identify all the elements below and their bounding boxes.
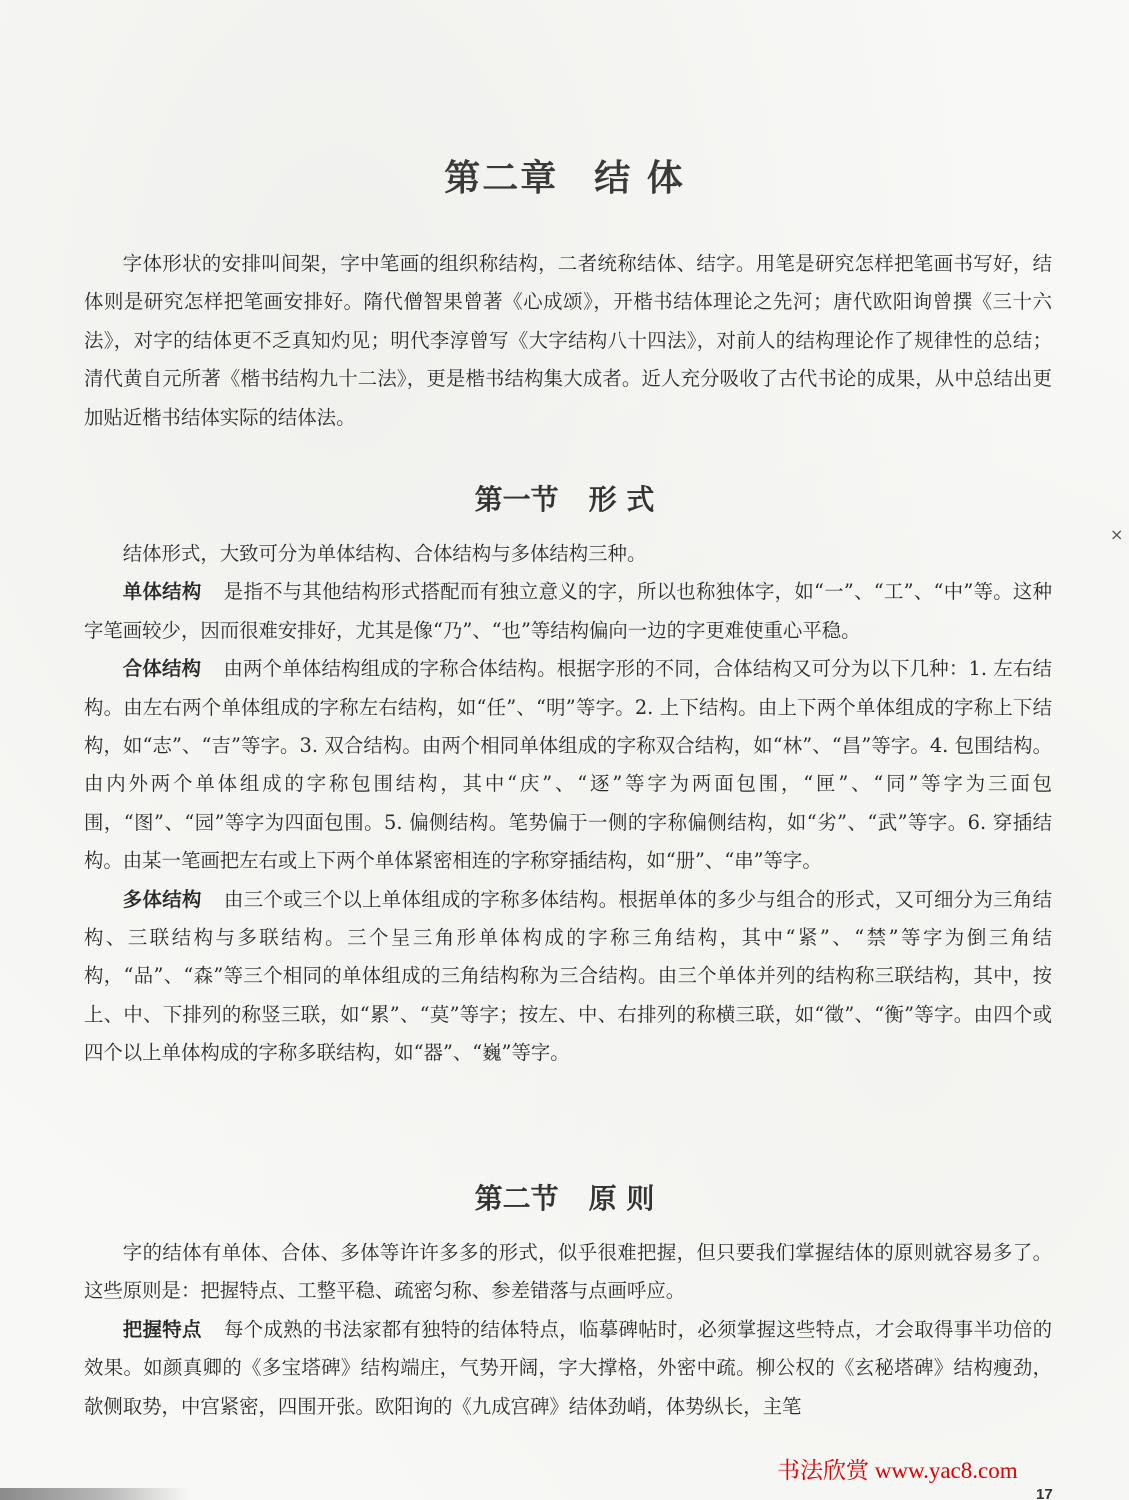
- section-1-intro: 结体形式，大致可分为单体结构、合体结构与多体结构三种。: [84, 535, 1052, 573]
- section-2-number: 第二节: [475, 1182, 559, 1215]
- chapter-title: 第二章结 体: [0, 150, 1129, 201]
- section-2-title: 第二节原 则: [0, 1177, 1129, 1217]
- intro-paragraph: 字体形状的安排叫间架，字中笔画的组织称结构，二者统称结体、结字。用笔是研究怎样把…: [84, 245, 1052, 437]
- multi-structure-text: 由三个或三个以上单体组成的字称多体结构。根据单体的多少与组合的形式，又可细分为三…: [84, 888, 1052, 1065]
- viewer-bottom-bar: [0, 1488, 190, 1500]
- scanned-book-page: 第二章结 体 字体形状的安排叫间架，字中笔画的组织称结构，二者统称结体、结字。用…: [0, 0, 1129, 1500]
- section-1-number: 第一节: [475, 483, 559, 516]
- term-multi-structure: 多体结构: [123, 888, 202, 911]
- paragraph-grasp-features: 把握特点每个成熟的书法家都有独特的结体特点，临摹碑帖时，必须掌握这些特点，才会取…: [84, 1311, 1052, 1426]
- single-structure-text: 是指不与其他结构形式搭配而有独立意义的字，所以也称独体字，如“一”、“工”、“中…: [84, 580, 1052, 641]
- section-2-body: 字的结体有单体、合体、多体等许许多多的形式，似乎很难把握，但只要我们掌握结体的原…: [84, 1234, 1052, 1426]
- section-1-title: 第一节形 式: [0, 478, 1129, 518]
- paragraph-multi-structure: 多体结构由三个或三个以上单体组成的字称多体结构。根据单体的多少与组合的形式，又可…: [84, 881, 1052, 1073]
- page-number: 17: [1036, 1486, 1053, 1500]
- section-1-body: 结体形式，大致可分为单体结构、合体结构与多体结构三种。 单体结构是指不与其他结构…: [84, 535, 1052, 1073]
- section-1-name: 形 式: [589, 483, 655, 516]
- term-single-structure: 单体结构: [123, 580, 202, 603]
- chapter-number: 第二章: [444, 158, 558, 199]
- section-2-name: 原 则: [589, 1182, 655, 1215]
- paragraph-single-structure: 单体结构是指不与其他结构形式搭配而有独立意义的字，所以也称独体字，如“一”、“工…: [84, 573, 1052, 650]
- grasp-features-text: 每个成熟的书法家都有独特的结体特点，临摹碑帖时，必须掌握这些特点，才会取得事半功…: [84, 1318, 1052, 1418]
- paragraph-compound-structure: 合体结构由两个单体结构组成的字称合体结构。根据字形的不同，合体结构又可分为以下几…: [84, 650, 1052, 880]
- term-grasp-features: 把握特点: [123, 1318, 202, 1341]
- site-watermark: 书法欣赏 www.yac8.com: [777, 1452, 1018, 1485]
- chapter-name: 结 体: [594, 158, 685, 199]
- compound-structure-text: 由两个单体结构组成的字称合体结构。根据字形的不同，合体结构又可分为以下几种：1.…: [84, 657, 1052, 872]
- section-2-intro: 字的结体有单体、合体、多体等许许多多的形式，似乎很难把握，但只要我们掌握结体的原…: [84, 1234, 1052, 1311]
- scan-artifact-mark: ×: [1110, 525, 1123, 544]
- term-compound-structure: 合体结构: [123, 657, 201, 680]
- intro-block: 字体形状的安排叫间架，字中笔画的组织称结构，二者统称结体、结字。用笔是研究怎样把…: [84, 245, 1052, 437]
